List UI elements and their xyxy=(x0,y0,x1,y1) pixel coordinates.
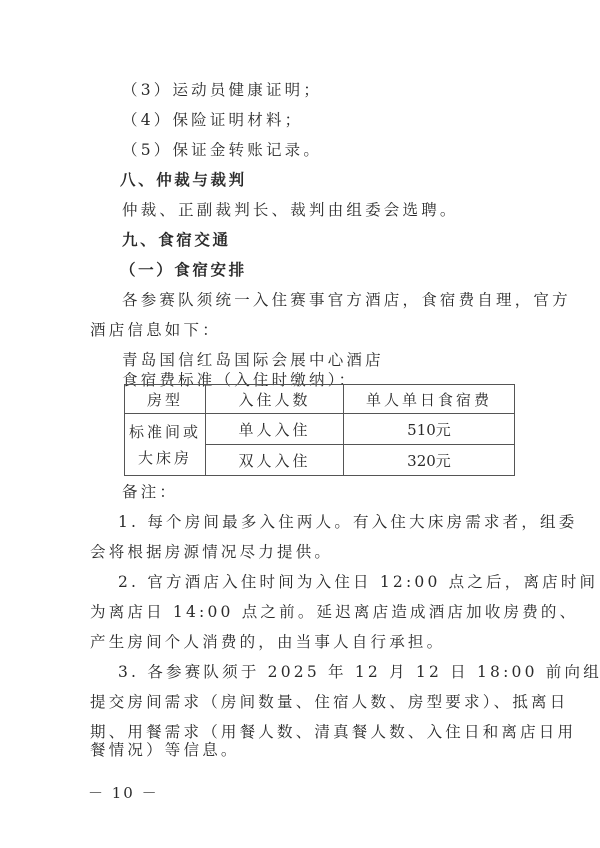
occupancy-double: 双人入住 xyxy=(206,445,344,476)
note-1-line-2: 会将根据房源情况尽力提供。 xyxy=(90,542,333,562)
list-item-3: （3）运动员健康证明； xyxy=(122,80,322,100)
fee-table: 房型 入住人数 单人单日食宿费 标准间或 大床房 单人入住 510元 双人入住 … xyxy=(124,384,515,476)
table-row: 标准间或 大床房 单人入住 510元 xyxy=(125,414,515,445)
section-9-subheading: （一）食宿安排 xyxy=(120,260,247,280)
table-header-row: 房型 入住人数 单人单日食宿费 xyxy=(125,385,515,414)
section-8-heading: 八、仲裁与裁判 xyxy=(120,170,247,190)
fee-single: 510元 xyxy=(344,414,515,445)
section-9-heading: 九、食宿交通 xyxy=(122,230,231,250)
header-occupancy: 入住人数 xyxy=(206,385,344,414)
note-3-line-1: 3. 各参赛队须于 2025 年 12 月 12 日 18:00 前向组委会 xyxy=(118,662,600,682)
hotel-name: 青岛国信红岛国际会展中心酒店 xyxy=(122,350,384,370)
note-2-line-2: 为离店日 14:00 点之前。延迟离店造成酒店加收房费的、 xyxy=(90,602,578,622)
room-type-line-1: 标准间或 xyxy=(125,419,205,445)
room-type-line-2: 大床房 xyxy=(125,445,205,471)
notes-label: 备注： xyxy=(122,482,178,502)
note-3-line-3: 期、用餐需求（用餐人数、清真餐人数、入住日和离店日用 xyxy=(90,722,576,742)
note-1-line-1: 1. 每个房间最多入住两人。有入住大床房需求者，组委 xyxy=(118,512,577,532)
section-8-body: 仲裁、正副裁判长、裁判由组委会选聘。 xyxy=(122,200,459,220)
header-fee: 单人单日食宿费 xyxy=(344,385,515,414)
note-3-line-4: 餐情况）等信息。 xyxy=(90,740,240,760)
fee-double: 320元 xyxy=(344,445,515,476)
page-number: － 10 － xyxy=(88,782,159,803)
note-3-line-2: 提交房间需求（房间数量、住宿人数、房型要求）、抵离日 xyxy=(90,692,568,712)
list-item-4: （4）保险证明材料； xyxy=(122,110,303,130)
intro-line-2: 酒店信息如下： xyxy=(90,320,221,340)
list-item-5: （5）保证金转账记录。 xyxy=(122,140,322,160)
room-type-cell: 标准间或 大床房 xyxy=(125,414,206,476)
occupancy-single: 单人入住 xyxy=(206,414,344,445)
note-2-line-1: 2. 官方酒店入住时间为入住日 12:00 点之后，离店时间 xyxy=(118,572,598,592)
header-room-type: 房型 xyxy=(125,385,206,414)
note-2-line-3: 产生房间个人消费的，由当事人自行承担。 xyxy=(90,632,445,652)
intro-line-1: 各参赛队须统一入住赛事官方酒店，食宿费自理，官方 xyxy=(122,290,571,310)
